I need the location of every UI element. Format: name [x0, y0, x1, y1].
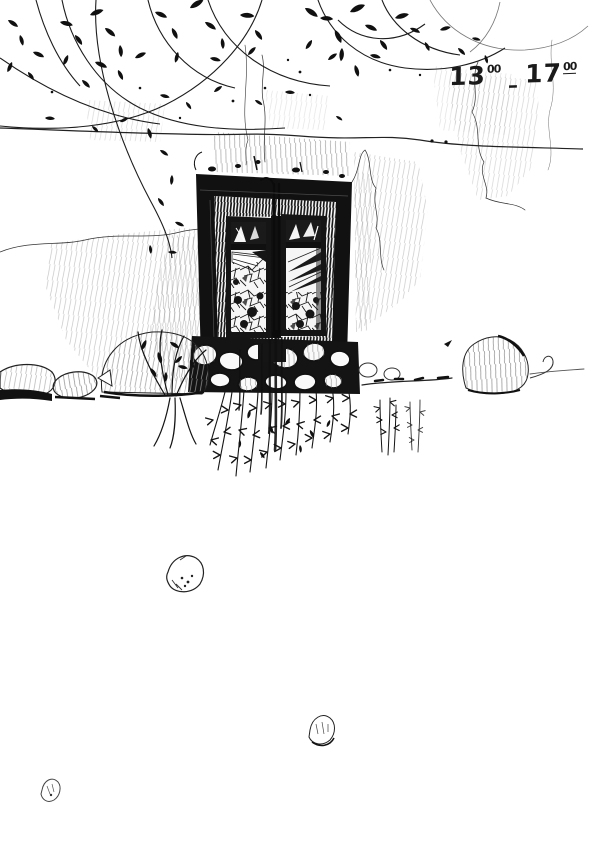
pebble-2	[309, 716, 335, 746]
hours-separator: –	[508, 75, 519, 95]
hanging-weeds	[206, 388, 358, 476]
left-casement	[226, 216, 271, 338]
pane-lower-left	[231, 250, 266, 332]
opening-hours-annotation: 13 00 – 17 00	[449, 60, 577, 97]
broken-window	[194, 152, 352, 362]
hours-end: 17	[525, 60, 562, 86]
pebble-3	[41, 779, 60, 801]
right-rock	[463, 336, 553, 394]
stone-sill	[188, 336, 400, 394]
pane-lower-right	[286, 248, 321, 330]
right-weed-clumps	[374, 398, 425, 455]
right-casement	[281, 214, 326, 336]
sketchbook-page: 13 00 – 17 00	[0, 0, 600, 860]
ink-sketch-canvas	[0, 0, 600, 860]
hours-start-superscript: 00	[487, 63, 500, 74]
hours-start: 13	[449, 63, 486, 89]
hours-end-superscript: 00	[563, 61, 577, 74]
pebble-1	[167, 556, 204, 592]
